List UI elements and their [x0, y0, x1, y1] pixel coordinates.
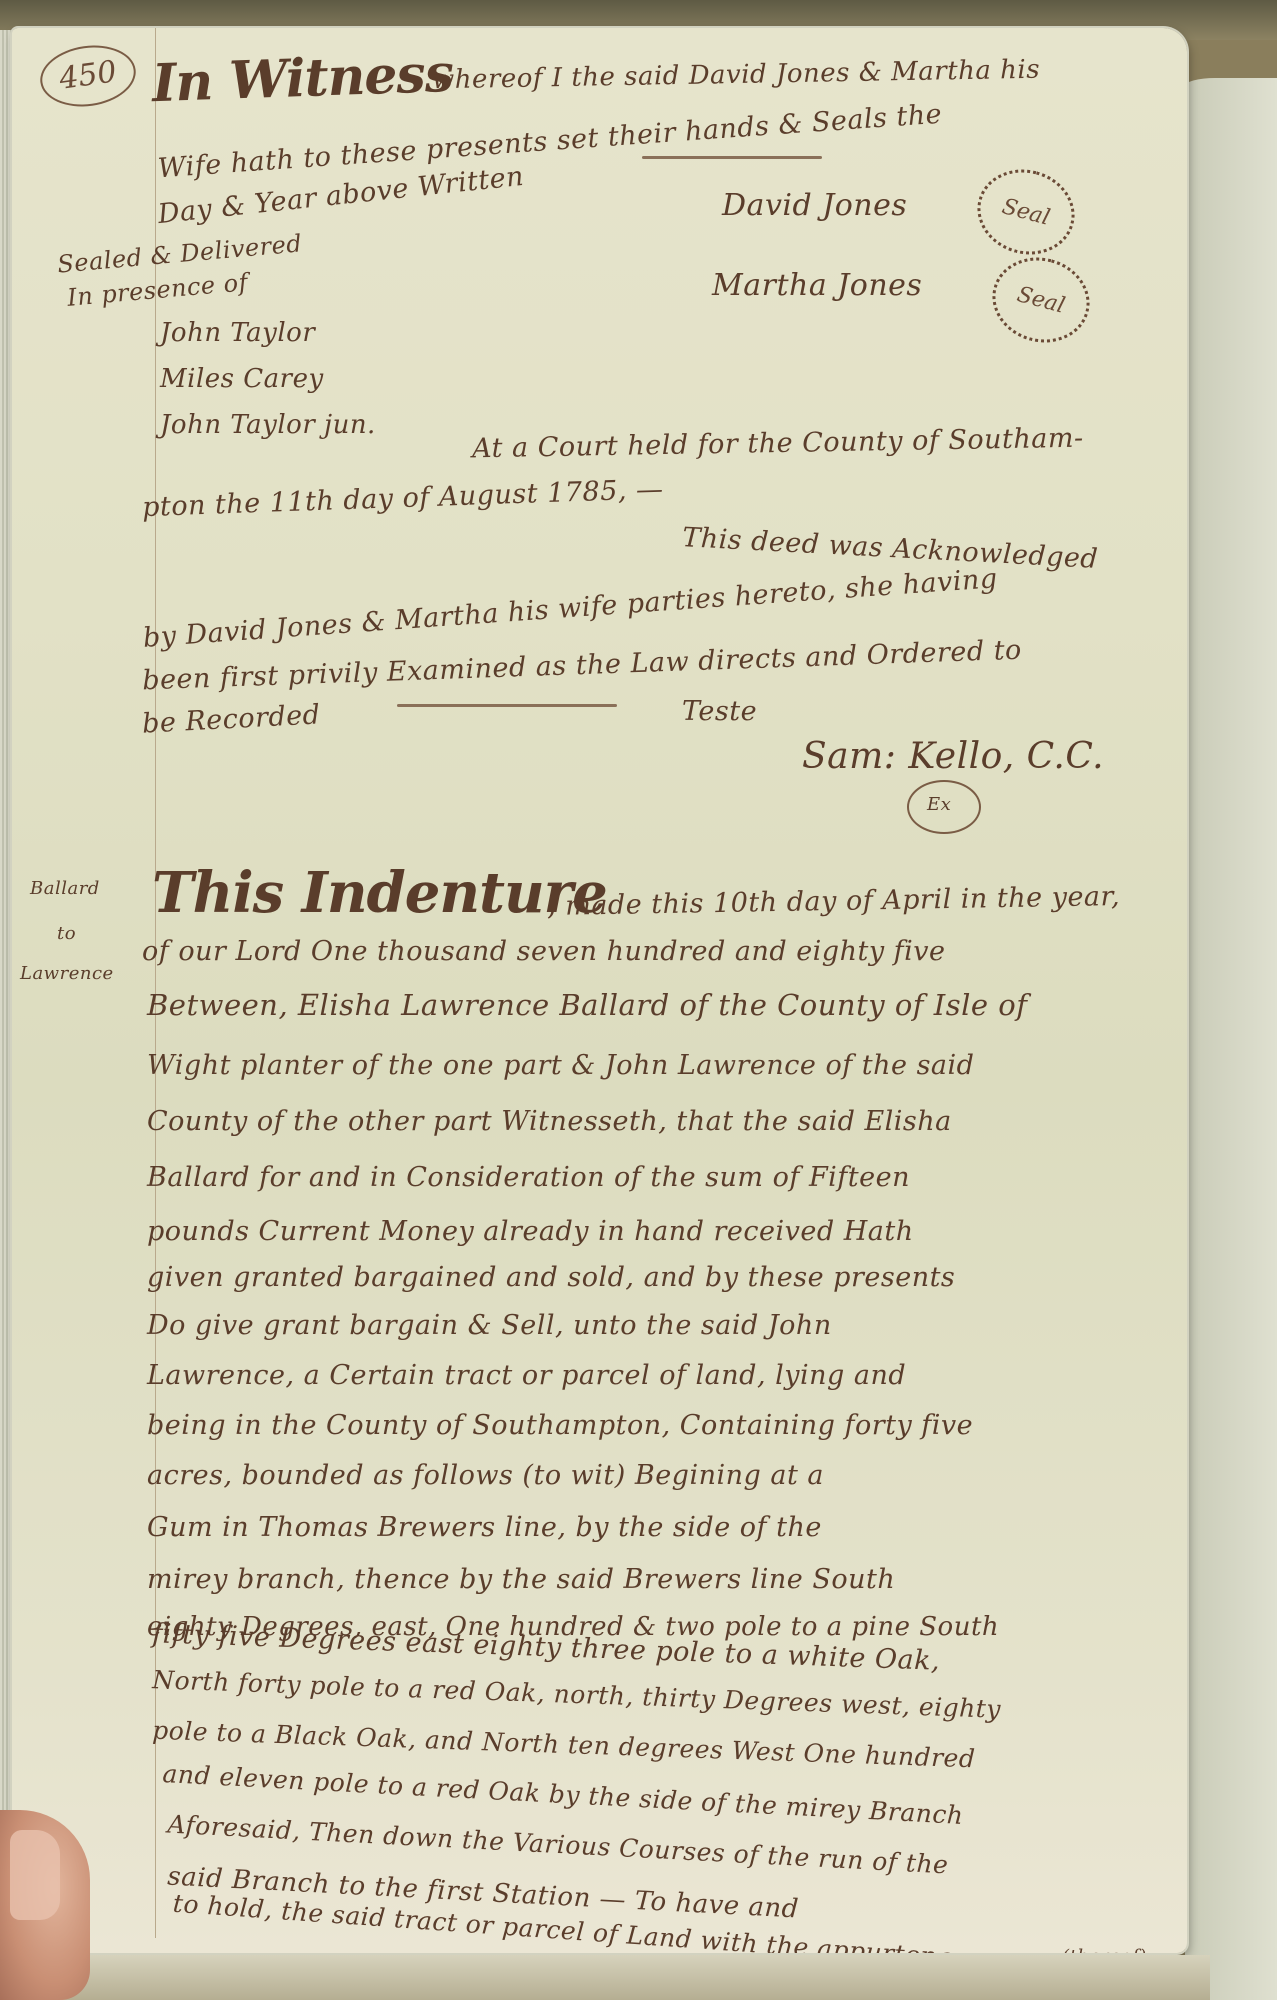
- margin-note-ballard: Ballard: [30, 878, 100, 899]
- indenture-line: County of the other part Witnesseth, tha…: [147, 1106, 952, 1137]
- page-number: 450: [36, 40, 139, 113]
- witness-line-1: whereof I the said David Jones & Martha …: [432, 55, 1041, 96]
- sealed-delivered-label: Sealed & Delivered: [56, 229, 303, 278]
- indenture-line: Lawrence, a Certain tract or parcel of l…: [147, 1360, 906, 1391]
- margin-note-lawrence: Lawrence: [20, 963, 114, 984]
- indenture-line: mirey branch, thence by the said Brewers…: [147, 1564, 895, 1595]
- indenture-line: given granted bargained and sold, and by…: [147, 1262, 955, 1293]
- indenture-line: acres, bounded as follows (to wit) Begin…: [147, 1460, 824, 1491]
- thumbnail-nail: [10, 1830, 60, 1920]
- seal-martha-jones: Seal: [983, 247, 1099, 354]
- indenture-line: being in the County of Southampton, Cont…: [147, 1410, 973, 1441]
- page-bottom-edge: [60, 1955, 1210, 2000]
- signature-david-jones: David Jones: [722, 188, 907, 223]
- signature-martha-jones: Martha Jones: [712, 268, 922, 303]
- ink-dash: [397, 704, 617, 707]
- indenture-line: Gum in Thomas Brewers line, by the side …: [147, 1512, 822, 1543]
- witness-john-taylor-jun: John Taylor jun.: [160, 410, 376, 440]
- catchword: (thereof): [1062, 1946, 1147, 1953]
- indenture-line: Between, Elisha Lawrence Ballard of the …: [147, 988, 1027, 1022]
- witness-line-2: Wife hath to these presents set their ha…: [157, 99, 943, 185]
- indenture-line: pounds Current Money already in hand rec…: [147, 1216, 914, 1247]
- indenture-lead: This Indenture: [152, 860, 607, 926]
- court-line-6: be Recorded: [141, 699, 321, 739]
- ink-dash: [642, 156, 822, 159]
- margin-rule: [155, 28, 156, 1938]
- teste-label: Teste: [682, 696, 757, 727]
- indenture-first-line: , made this 10th day of April in the yea…: [547, 881, 1121, 922]
- witness-lead: In Witness: [151, 43, 454, 114]
- indenture-line: Wight planter of the one part & John Law…: [147, 1050, 974, 1081]
- margin-note-to: to: [57, 923, 76, 944]
- indenture-line: Do give grant bargain & Sell, unto the s…: [147, 1310, 832, 1341]
- seal-david-jones: Seal: [968, 159, 1084, 266]
- witness-john-taylor: John Taylor: [160, 318, 315, 348]
- indenture-line: Ballard for and in Consideration of the …: [147, 1162, 910, 1193]
- court-line-3: This deed was Acknowledged: [681, 522, 1098, 575]
- court-line-1: At a Court held for the County of Southa…: [472, 423, 1084, 465]
- witness-miles-carey: Miles Carey: [160, 364, 324, 394]
- clerk-signature: Sam: Kello, C.C.: [802, 736, 1104, 777]
- ledger-page: 450 In Witness whereof I the said David …: [12, 28, 1187, 1953]
- court-line-2: pton the 11th day of August 1785, —: [142, 474, 664, 523]
- clerk-mark: Ex: [927, 794, 951, 815]
- next-page-edge: [1185, 78, 1277, 2000]
- indenture-line: of our Lord One thousand seven hundred a…: [142, 936, 946, 967]
